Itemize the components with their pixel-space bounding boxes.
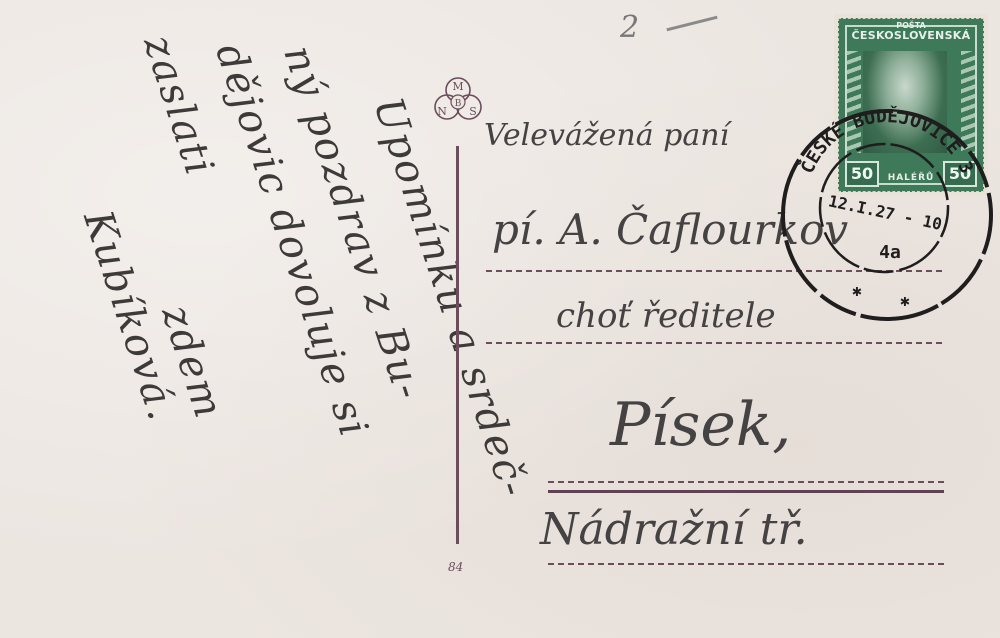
address-title: choť ředitele (556, 296, 776, 336)
address-line-2 (486, 342, 942, 344)
address-line-3 (548, 481, 944, 483)
postmark-number: 4a (879, 242, 901, 263)
address-street: Nádražní tř. (540, 504, 808, 555)
svg-text:B: B (455, 99, 462, 109)
address-salutation: Velevážená paní (484, 118, 729, 153)
address-city: Písek, (610, 390, 791, 460)
postmark-star-right-icon: ✱ (900, 291, 910, 310)
svg-text:N: N (437, 105, 447, 118)
svg-text:M: M (452, 80, 463, 93)
svg-text:ČESKÉ BUDĚJOVICE 3: ČESKÉ BUDĚJOVICE 3 (796, 105, 977, 177)
stamp-country: POŠTA ČESKOSLOVENSKÁ (839, 21, 983, 41)
center-divider (456, 146, 459, 544)
address-city-underline (548, 490, 944, 493)
postmark-date: 12.I.27 - 10 (827, 191, 944, 234)
print-number: 84 (448, 560, 463, 574)
postcard-back: 2 Upomínku a srdeč- ný pozdrav z Bu- děj… (0, 0, 1000, 638)
address-line-4 (548, 563, 944, 565)
postmark-icon: ČESKÉ BUDĚJOVICE 3 12.I.27 - 10 4a ✱ ✱ (772, 100, 1000, 330)
publisher-logo-icon: M B S N (430, 73, 486, 125)
corner-pencil-dash (666, 16, 717, 31)
stamp-country-line2: ČESKOSLOVENSKÁ (839, 31, 983, 41)
postmark-star-left-icon: ✱ (852, 281, 862, 300)
svg-text:S: S (469, 105, 477, 118)
postmark-ring-text: ČESKÉ BUDĚJOVICE 3 (796, 105, 977, 177)
corner-pencil-mark: 2 (620, 10, 639, 45)
